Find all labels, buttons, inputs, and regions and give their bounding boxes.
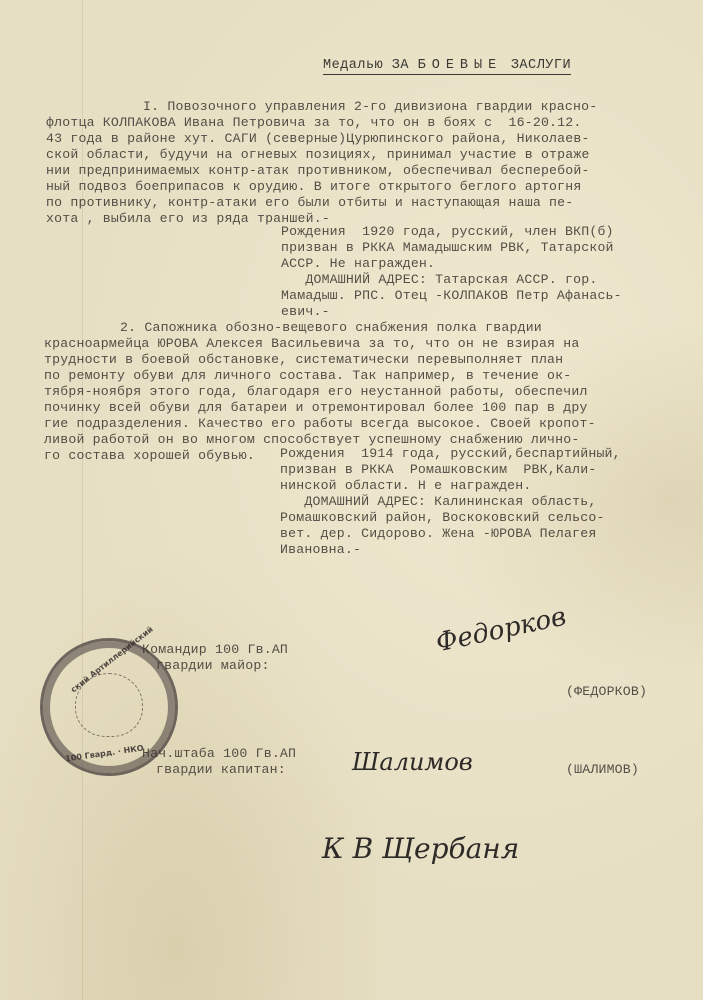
entry1-bio-line: евич.- <box>281 304 330 320</box>
entry2-line: красноармейца ЮРОВА Алексея Васильевича … <box>44 336 580 352</box>
entry1-line: по противнику, контр-атаки его были отби… <box>46 195 573 211</box>
entry1-line: I. Повозочного управления 2-го дивизиона… <box>143 99 597 115</box>
entry2-bio-line: Ивановна.- <box>280 542 361 558</box>
entry2-bio-line: Ромашковский район, Воскоковский сельсо- <box>280 510 605 526</box>
entry1-bio-line: АССР. Не награжден. <box>281 256 435 272</box>
entry1-bio-line: Мамадыш. РПС. Отец -КОЛПАКОВ Петр Афанас… <box>281 288 622 304</box>
title-prefix: Медалью ЗА <box>323 58 418 73</box>
entry2-line: по ремонту обуви для личного состава. Та… <box>44 368 571 384</box>
commander-name: (ФЕДОРКОВ) <box>566 684 647 700</box>
entry1-line: флотца КОЛПАКОВА Ивана Петровича за то, … <box>46 115 582 131</box>
entry2-bio-line: Рождения 1914 года, русский,беспартийный… <box>280 446 621 462</box>
commander-handwritten-signature: Федорков <box>433 602 568 659</box>
commander-rank: гвардии майор: <box>156 658 270 674</box>
entry2-bio-line: вет. дер. Сидорово. Жена -ЮРОВА Пелагея <box>280 526 596 542</box>
chief-of-staff-name: (ШАЛИМОВ) <box>566 762 639 778</box>
entry1-line: нии предпринимаемых контр-атак противник… <box>46 163 590 179</box>
handwritten-annotation: К В Щербаня <box>322 832 519 865</box>
entry1-bio-line: Рождения 1920 года, русский, член ВКП(б) <box>281 224 614 240</box>
entry1-line: 43 года в районе хут. САГИ (северные)Цур… <box>46 131 590 147</box>
commander-title: Командир 100 Гв.АП <box>142 642 288 658</box>
entry2-bio-line: призван в РККА Ромашковским РВК,Кали- <box>280 462 596 478</box>
chief-of-staff-rank: гвардии капитан: <box>156 762 286 778</box>
entry1-bio-line: ДОМАШНИЙ АДРЕС: Татарская АССР. гор. <box>281 272 597 288</box>
entry1-line: ской области, будучи на огневых позициях… <box>46 147 590 163</box>
entry2-line: гие подразделения. Качество его работы в… <box>44 416 596 432</box>
chief-of-staff-title: Нач.штаба 100 Гв.АП <box>142 746 296 762</box>
stamp-bottom-text: 100 Гвард. · НКО <box>65 744 144 764</box>
title-suffix: ЗАСЛУГИ <box>502 58 571 73</box>
entry2-line: починку всей обуви для батареи и отремон… <box>44 400 588 416</box>
entry1-line: ный подвоз боеприпасов к орудию. В итоге… <box>46 179 582 195</box>
entry2-line: 2. Сапожника обозно-вещевого снабжения п… <box>120 320 542 336</box>
entry2-line: трудности в боевой обстановке, системати… <box>44 352 563 368</box>
entry2-bio-line: нинской области. Н е награжден. <box>280 478 532 494</box>
title-spaced-word: БОЕВЫЕ <box>418 58 503 73</box>
entry2-line: тября-ноября этого года, благодаря его н… <box>44 384 588 400</box>
document-title: Медалью ЗА БОЕВЫЕ ЗАСЛУГИ <box>323 58 571 75</box>
chief-of-staff-handwritten-signature: Шалимов <box>352 748 473 776</box>
document-page: Медалью ЗА БОЕВЫЕ ЗАСЛУГИ I. Повозочного… <box>0 0 703 1000</box>
entry2-line: го состава хорошей обувью. <box>44 448 255 464</box>
entry1-bio-line: призван в РККА Мамадышским РВК, Татарско… <box>281 240 614 256</box>
entry2-bio-line: ДОМАШНИЙ АДРЕС: Калининская область, <box>280 494 596 510</box>
